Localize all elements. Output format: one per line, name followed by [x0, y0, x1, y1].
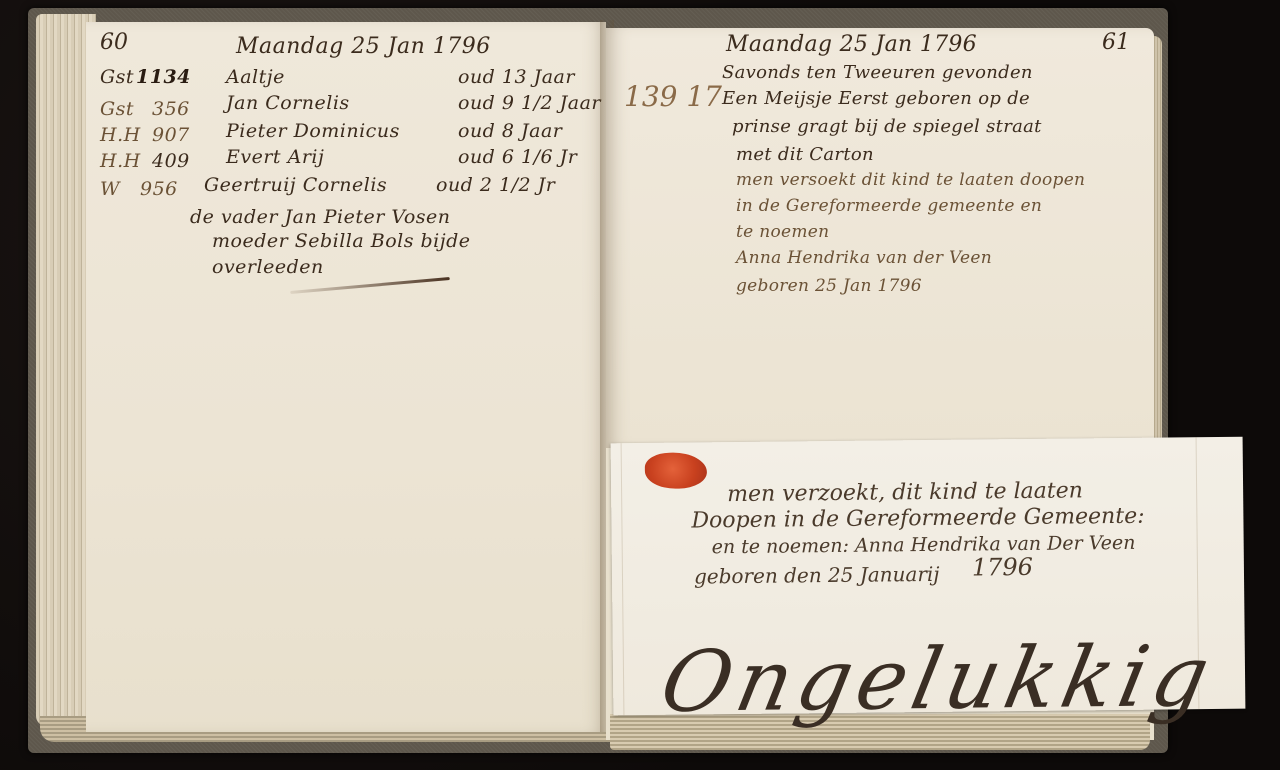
entry-name: Evert Arij [226, 146, 324, 168]
entry-margin: Gst [100, 98, 134, 120]
record-line: met dit Carton [736, 144, 874, 165]
entry-age: oud 6 1/6 Jr [458, 146, 577, 168]
left-note-line: moeder Sebilla Bols bijde [212, 230, 471, 252]
left-page: 60 Maandag 25 Jan 1796 Gst 1134 Aaltje o… [86, 22, 606, 732]
entry-age: oud 13 Jaar [458, 66, 575, 88]
entry-margin: Gst [100, 66, 134, 88]
record-line: men versoekt dit kind te laaten doopen [736, 170, 1085, 190]
left-note-line: de vader Jan Pieter Vosen [190, 206, 451, 228]
page-number-left: 60 [100, 30, 128, 55]
entry-age: oud 2 1/2 Jr [436, 174, 555, 196]
entry-name: Pieter Dominicus [226, 120, 400, 142]
margin-number: 139 17 [624, 80, 722, 113]
left-note-line: overleeden [212, 256, 324, 278]
record-line: te noemen [736, 222, 829, 242]
closing-flourish [290, 277, 450, 294]
entry-number: 1134 [136, 66, 191, 88]
large-script-word: Ongelukkig [653, 627, 1223, 731]
note-line: Doopen in de Gereformeerde Gemeente: [691, 504, 1144, 534]
left-heading: Maandag 25 Jan 1796 [236, 34, 491, 59]
note-line: en te noemen: Anna Hendrika van Der Veen [712, 532, 1136, 558]
record-line: in de Gereformeerde gemeente en [736, 196, 1042, 216]
record-line: Savonds ten Tweeuren gevonden [722, 62, 1033, 83]
record-line: Een Meijsje Eerst geboren op de [722, 88, 1030, 109]
right-heading: Maandag 25 Jan 1796 [726, 32, 977, 57]
entry-name: Geertruij Cornelis [204, 174, 387, 196]
note-year: 1796 [972, 553, 1033, 582]
entry-number: 409 [152, 150, 190, 172]
entry-margin: W [100, 178, 120, 200]
entry-name: Jan Cornelis [226, 92, 350, 114]
entry-margin: H.H [100, 124, 141, 146]
entry-margin: H.H [100, 150, 141, 172]
note-line: geboren den 25 Januarij [694, 562, 940, 589]
note-line: men verzoekt, dit kind te laaten [727, 478, 1083, 507]
entry-age: oud 9 1/2 Jaar [458, 92, 601, 114]
wax-seal [645, 452, 707, 489]
page-number-right: 61 [1102, 30, 1130, 55]
record-line: geboren 25 Jan 1796 [736, 276, 922, 296]
entry-name: Aaltje [226, 66, 285, 88]
entry-number: 356 [152, 98, 190, 120]
record-line: prinse gragt bij de spiegel straat [732, 116, 1042, 137]
entry-number: 907 [152, 124, 190, 146]
entry-number: 956 [140, 178, 178, 200]
record-line: Anna Hendrika van der Veen [736, 248, 992, 268]
note-fold [621, 443, 625, 715]
entry-age: oud 8 Jaar [458, 120, 562, 142]
right-page: 61 Maandag 25 Jan 1796 139 17 Savonds te… [606, 28, 1154, 448]
inserted-note: men verzoekt, dit kind te laaten Doopen … [611, 437, 1246, 716]
